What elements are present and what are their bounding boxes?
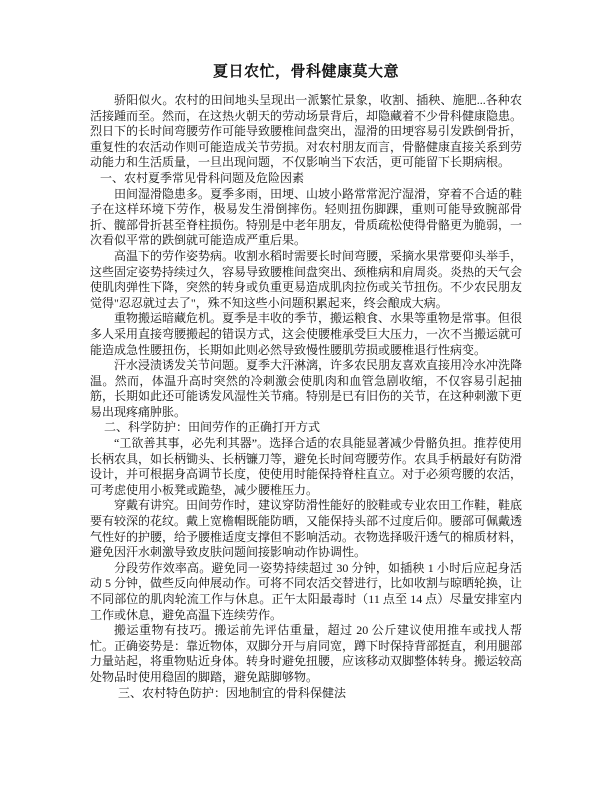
section-heading: 一、农村夏季常见骨科问题及危险因素 — [90, 171, 522, 187]
paragraph: 穿戴有讲究。田间劳作时，建议穿防滑性能好的胶鞋或专业农田工作鞋，鞋底要有较深的花… — [90, 498, 522, 560]
paragraph: 重物搬运暗藏危机。夏季是丰收的季节，搬运粮食、水果等重物是常事。但很多人采用直接… — [90, 311, 522, 358]
paragraph: 分段劳作效率高。避免同一姿势持续超过 30 分钟，如插秧 1 小时后应起身活动 … — [90, 561, 522, 623]
document-page: 夏日农忙，骨科健康莫大意 骄阳似火。农村的田间地头呈现出一派繁忙景象，收割、插秧… — [0, 0, 612, 792]
paragraph: 骄阳似火。农村的田间地头呈现出一派繁忙景象，收割、插秧、施肥...各种农活接踵而… — [90, 93, 522, 171]
document-title: 夏日农忙，骨科健康莫大意 — [90, 63, 522, 82]
paragraph: 搬运重物有技巧。搬运前先评估重量，超过 20 公斤建议使用推车或找人帮忙。正确姿… — [90, 623, 522, 685]
section-heading: 二、科学防护：田间劳作的正确打开方式 — [90, 420, 522, 436]
section-heading: 三、农村特色防护：因地制宜的骨科保健法 — [90, 686, 522, 702]
paragraph: 汗水浸渍诱发关节问题。夏季大汗淋漓，许多农民朋友喜欢直接用冷水冲洗降温。然而，体… — [90, 358, 522, 420]
paragraph: “工欲善其事，必先利其器”。选择合适的农具能显著减少骨骼负担。推荐使用长柄农具，… — [90, 436, 522, 498]
paragraph: 田间湿滑隐患多。夏季多雨，田埂、山坡小路常常泥泞湿滑，穿着不合适的鞋子在这样环境… — [90, 187, 522, 249]
document-content: 夏日农忙，骨科健康莫大意 骄阳似火。农村的田间地头呈现出一派繁忙景象，收割、插秧… — [90, 63, 522, 701]
paragraph: 高温下的劳作姿势病。收割水稻时需要长时间弯腰，采摘水果常要仰头举手，这些固定姿势… — [90, 249, 522, 311]
document-body: 骄阳似火。农村的田间地头呈现出一派繁忙景象，收割、插秧、施肥...各种农活接踵而… — [90, 93, 522, 701]
